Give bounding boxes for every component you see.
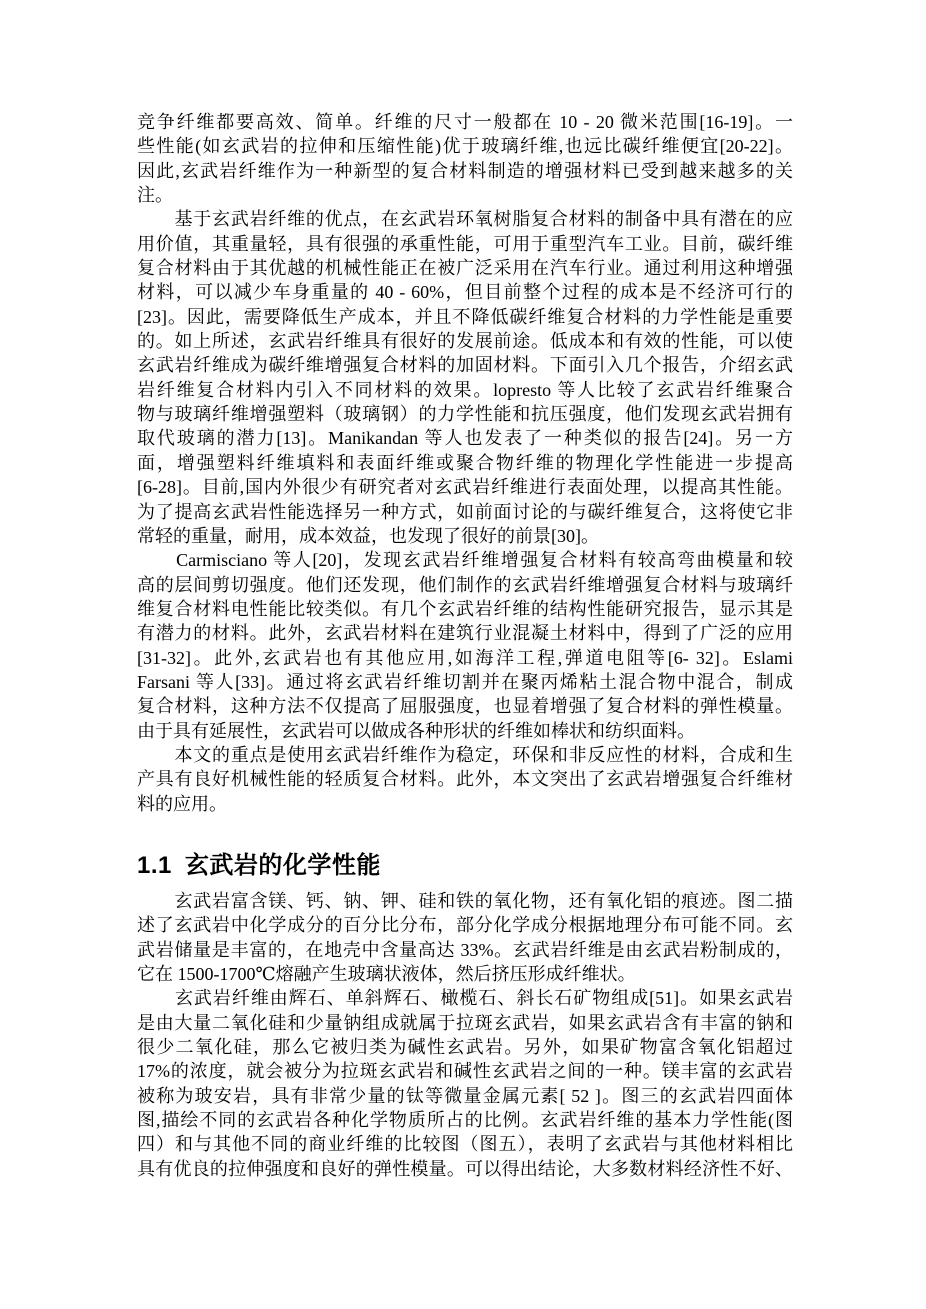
paragraph-line: 为了提高玄武岩性能选择另一种方式，如前面讨论的与碳纤维复合，这将使它非: [137, 500, 793, 524]
paragraph: 基于玄武岩纤维的优点，在玄武岩环氧树脂复合材料的制备中具有潜在的应用价值，其重量…: [137, 207, 793, 548]
paragraph: Carmisciano 等人[20]，发现玄武岩纤维增强复合材料有较高弯曲模量和…: [137, 548, 793, 743]
paragraph-line: [23]。因此，需要降低生产成本，并且不降低碳纤维复合材料的力学性能是重要: [137, 305, 793, 329]
paragraph-line: 维复合材料电性能比较类似。有几个玄武岩纤维的结构性能研究报告，显示其是: [137, 597, 793, 621]
paragraph: 玄武岩富含镁、钙、钠、钾、硅和铁的氧化物，还有氧化铝的痕迹。图二描述了玄武岩中化…: [137, 889, 793, 986]
paragraph-line: 本文的重点是使用玄武岩纤维作为稳定，环保和非反应性的材料，合成和生: [137, 743, 793, 767]
paragraph-line: 注。: [137, 183, 793, 207]
paragraph-line: 基于玄武岩纤维的优点，在玄武岩环氧树脂复合材料的制备中具有潜在的应: [137, 207, 793, 231]
document-page: 竞争纤维都要高效、简单。纤维的尺寸一般都在 10 - 20 微米范围[16-19…: [0, 0, 926, 1309]
paragraph-line: Farsani 等人[33]。通过将玄武岩纤维切割并在聚丙烯粘土混合物中混合，制…: [137, 670, 793, 694]
paragraph: 本文的重点是使用玄武岩纤维作为稳定，环保和非反应性的材料，合成和生产具有良好机械…: [137, 743, 793, 816]
paragraph-line: 图,描绘不同的玄武岩各种化学物质所占的比例。玄武岩纤维的基本力学性能(图: [137, 1108, 793, 1132]
paragraph-line: 复合材料由于其优越的机械性能正在被广泛采用在汽车行业。通过利用这种增强: [137, 256, 793, 280]
section-heading-title: 玄武岩的化学性能: [185, 852, 381, 879]
paragraph-line: 料的应用。: [137, 792, 793, 816]
paragraph-line: 高的层间剪切强度。他们还发现，他们制作的玄武岩纤维增强复合材料与玻璃纤: [137, 573, 793, 597]
paragraph-line: 由于具有延展性，玄武岩可以做成各种形状的纤维如棒状和纺织面料。: [137, 719, 793, 743]
paragraph-line: 述了玄武岩中化学成分的百分比分布，部分化学成分根据地理分布可能不同。玄: [137, 913, 793, 937]
paragraph-line: 面，增强塑料纤维填料和表面纤维或聚合物纤维的物理化学性能进一步提高: [137, 451, 793, 475]
paragraph-line: 复合材料，这种方法不仅提高了屈服强度，也显着增强了复合材料的弹性模量。: [137, 694, 793, 718]
paragraph-line: 些性能(如玄武岩的拉伸和压缩性能)优于玻璃纤维,也远比碳纤维便宜[20-22]。: [137, 134, 793, 158]
document-content: 竞争纤维都要高效、简单。纤维的尺寸一般都在 10 - 20 微米范围[16-19…: [137, 110, 793, 1181]
paragraph-line: 17%的浓度，就会被分为拉斑玄武岩和碱性玄武岩之间的一种。镁丰富的玄武岩: [137, 1059, 793, 1083]
paragraph-line: 玄武岩纤维成为碳纤维增强复合材料的加固材料。下面引入几个报告，介绍玄武: [137, 353, 793, 377]
paragraph-line: [6-28]。目前,国内外很少有研究者对玄武岩纤维进行表面处理，以提高其性能。: [137, 475, 793, 499]
paragraph-line: 玄武岩富含镁、钙、钠、钾、硅和铁的氧化物，还有氧化铝的痕迹。图二描: [137, 889, 793, 913]
paragraph-line: 材料，可以减少车身重量的 40 - 60%，但目前整个过程的成本是不经济可行的: [137, 280, 793, 304]
paragraph-line: 的。如上所述，玄武岩纤维具有很好的发展前途。低成本和有效的性能，可以使: [137, 329, 793, 353]
paragraph-line: 它在 1500-1700℃熔融产生玻璃状液体，然后挤压形成纤维状。: [137, 962, 793, 986]
paragraph-line: 具有优良的拉伸强度和良好的弹性模量。可以得出结论，大多数材料经济性不好、: [137, 1157, 793, 1181]
paragraph-line: 岩纤维复合材料内引入不同材料的效果。lopresto 等人比较了玄武岩纤维聚合: [137, 378, 793, 402]
section-heading: 1.1玄武岩的化学性能: [137, 849, 793, 883]
paragraph-line: 取代玻璃的潜力[13]。Manikandan 等人也发表了一种类似的报告[24]…: [137, 426, 793, 450]
paragraph-line: 因此,玄武岩纤维作为一种新型的复合材料制造的增强材料已受到越来越多的关: [137, 159, 793, 183]
paragraph-line: 用价值，其重量轻，具有很强的承重性能，可用于重型汽车工业。目前，碳纤维: [137, 232, 793, 256]
paragraph-line: 是由大量二氧化硅和少量钠组成就属于拉斑玄武岩，如果玄武岩含有丰富的钠和: [137, 1011, 793, 1035]
paragraph-line: 常轻的重量，耐用，成本效益，也发现了很好的前景[30]。: [137, 524, 793, 548]
paragraph-line: Carmisciano 等人[20]，发现玄武岩纤维增强复合材料有较高弯曲模量和…: [137, 548, 793, 572]
paragraph: 竞争纤维都要高效、简单。纤维的尺寸一般都在 10 - 20 微米范围[16-19…: [137, 110, 793, 207]
paragraph-line: 竞争纤维都要高效、简单。纤维的尺寸一般都在 10 - 20 微米范围[16-19…: [137, 110, 793, 134]
paragraph-line: 被称为玻安岩，具有非常少量的钛等微量金属元素[ 52 ]。图三的玄武岩四面体: [137, 1084, 793, 1108]
paragraph-line: 产具有良好机械性能的轻质复合材料。此外，本文突出了玄武岩增强复合纤维材: [137, 767, 793, 791]
paragraph-line: 四）和与其他不同的商业纤维的比较图（图五），表明了玄武岩与其他材料相比: [137, 1132, 793, 1156]
paragraph-line: 很少二氧化硅，那么它被归类为碱性玄武岩。另外，如果矿物富含氧化铝超过: [137, 1035, 793, 1059]
paragraph-line: 武岩储量是丰富的，在地壳中含量高达 33%。玄武岩纤维是由玄武岩粉制成的，: [137, 938, 793, 962]
paragraph-line: 物与玻璃纤维增强塑料（玻璃钢）的力学性能和抗压强度，他们发现玄武岩拥有: [137, 402, 793, 426]
paragraph-line: 玄武岩纤维由辉石、单斜辉石、橄榄石、斜长石矿物组成[51]。如果玄武岩: [137, 986, 793, 1010]
paragraph-line: [31-32]。此外,玄武岩也有其他应用,如海洋工程,弹道电阻等[6- 32]。…: [137, 646, 793, 670]
paragraph: 玄武岩纤维由辉石、单斜辉石、橄榄石、斜长石矿物组成[51]。如果玄武岩是由大量二…: [137, 986, 793, 1181]
section-heading-number: 1.1: [137, 852, 172, 879]
paragraph-line: 有潜力的材料。此外，玄武岩材料在建筑行业混凝土材料中，得到了广泛的应用: [137, 621, 793, 645]
